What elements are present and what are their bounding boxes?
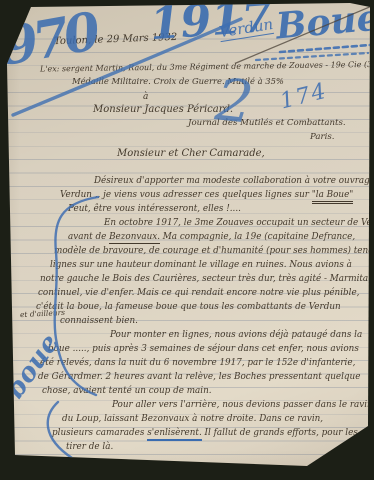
recipient-organization: Journal des Mutilés et Combattants. <box>188 119 346 129</box>
body-line: continuel, vie d'enfer. Mais ce qui rend… <box>38 288 359 298</box>
body-line: Verdun ,, je viens vous adresser ces que… <box>60 190 353 200</box>
body-line-text: Il fallut de grands efforts, pour les <box>202 428 358 438</box>
body-line: connaissent bien. <box>60 316 138 326</box>
body-line: avant de Bezonvaux. Ma compagnie, la 19e… <box>68 232 355 242</box>
body-line-text: plusieurs camarades <box>52 428 147 438</box>
body-line: chose, avaient tenté un coup de main. <box>42 386 212 396</box>
underlined-phrase: "la Boue" <box>312 190 354 204</box>
body-line: Pour aller vers l'arrière, nous devions … <box>112 400 373 410</box>
blue-underlined-phrase: s'enlisèrent. <box>147 428 202 441</box>
body-line-text: Ma compagnie, la 19e (capitaine Defrance… <box>160 232 355 242</box>
body-line: modèle de bravoure, de courage et d'huma… <box>54 246 374 256</box>
recipient-to: à <box>143 92 148 102</box>
body-line: boue ....., puis après 3 semaines de séj… <box>48 344 359 354</box>
body-line: c'était la boue, la fameuse boue que tou… <box>36 302 341 312</box>
subject-annotation: Boue <box>274 0 374 48</box>
body-line: tirer de là. <box>66 442 113 452</box>
salutation: Monsieur et Cher Camarade, <box>117 148 265 160</box>
body-line: notre gauche le Bois des Caurières, sect… <box>40 274 374 284</box>
letter-paper: Toulon, le 29 Mars 1932 L'ex: sergent Ma… <box>0 0 374 480</box>
body-line: été relevés, dans la nuit du 6 novembre … <box>40 358 355 368</box>
body-line: Peut, être vous intéresseront, elles !..… <box>68 204 241 214</box>
recipient-name: Monsieur Jacques Péricard. <box>93 104 233 116</box>
body-line-text: avant de <box>68 232 109 242</box>
scanned-letter-photo: Toulon, le 29 Mars 1932 L'ex: sergent Ma… <box>0 0 374 480</box>
body-line-text: Verdun ,, je viens vous adresser ces que… <box>60 190 312 200</box>
body-line: du Loup, laissant Bezonvaux à notre droi… <box>62 414 323 424</box>
body-line: de Gérardmer. 2 heures avant la relève, … <box>38 372 360 382</box>
body-line: lignes sur une hauteur dominant le villa… <box>50 260 352 270</box>
recipient-city: Paris. <box>310 133 335 143</box>
body-line: En octobre 1917, le 3me Zouaves occupait… <box>104 218 374 228</box>
body-line: Désireux d'apporter ma modeste collabora… <box>94 176 374 186</box>
flourish-annotation: 2 <box>213 66 257 136</box>
underlined-phrase: Bezonvaux. <box>109 232 160 244</box>
body-line: plusieurs camarades s'enlisèrent. Il fal… <box>52 428 358 438</box>
body-line: Pour monter en lignes, nous avions déjà … <box>110 330 362 340</box>
